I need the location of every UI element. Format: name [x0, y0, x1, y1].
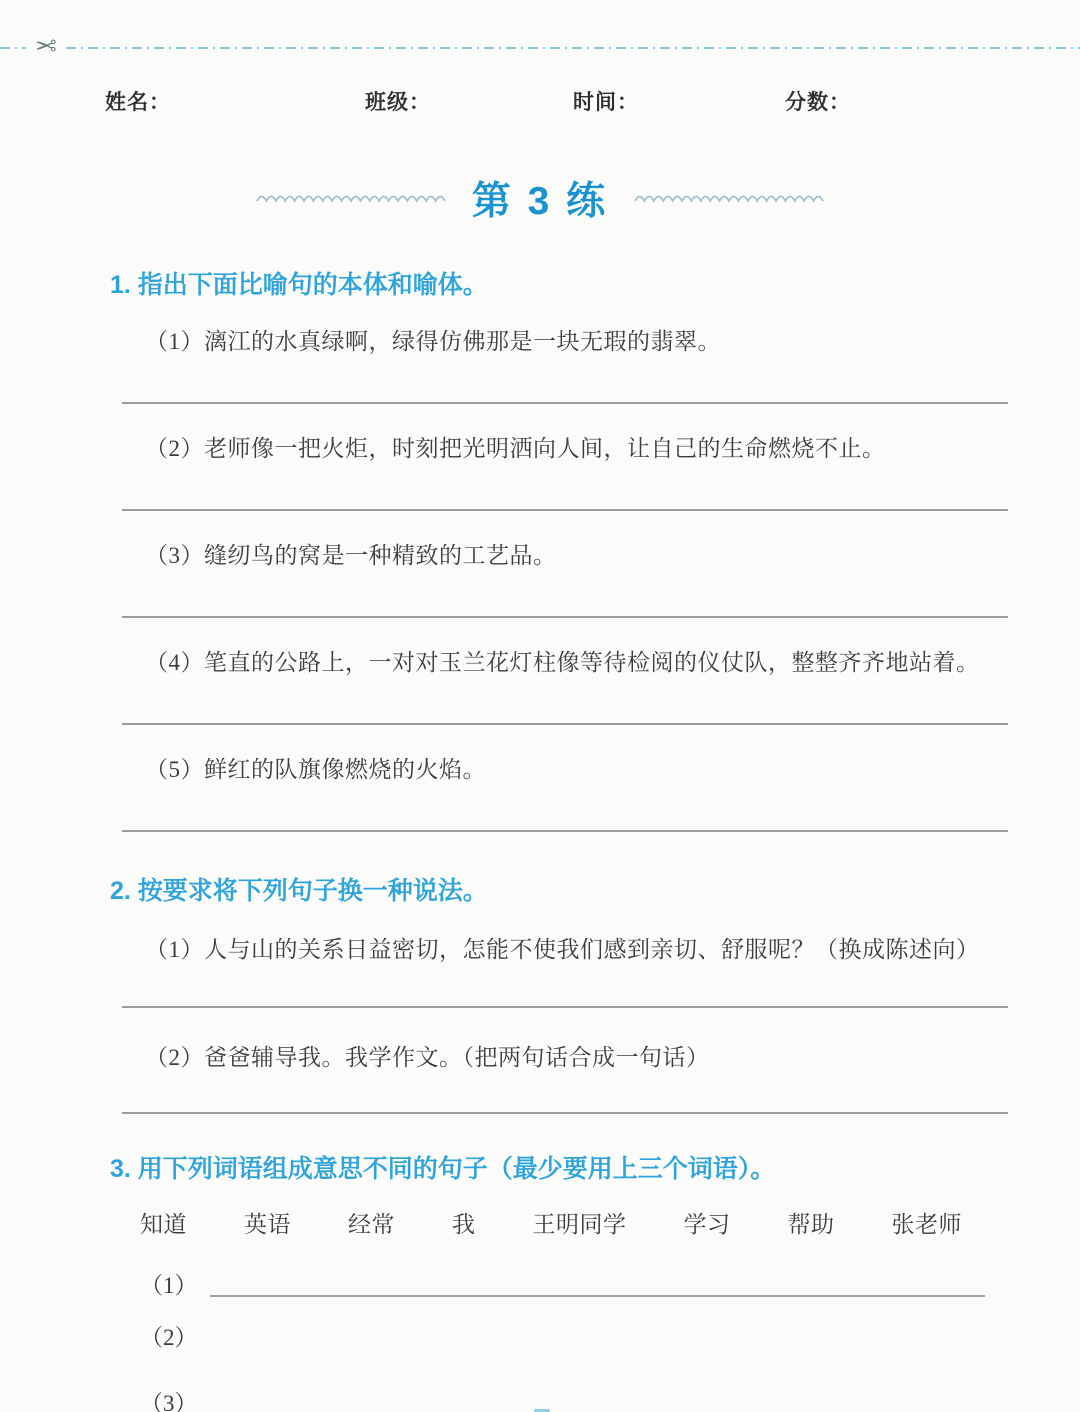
- answer-line: [122, 1006, 1008, 1008]
- header-row: 姓名： 班级： 时间： 分数：: [0, 86, 1080, 116]
- class-field-label: 班级：: [365, 86, 431, 116]
- word-bank: 知道 英语 经常 我 王明同学 学习 帮助 张老师: [140, 1206, 962, 1238]
- wave-decoration-left: [256, 192, 446, 204]
- word-bank-item: 英语: [244, 1206, 291, 1239]
- section-2-item-2: （2）爸爸辅导我。我学作文。（把两句话合成一句话）: [145, 1042, 1020, 1074]
- section-1-item-3: （3）缝纫鸟的窝是一种精致的工艺品。: [145, 540, 1020, 572]
- section-1-heading: 1. 指出下面比喻句的本体和喻体。: [110, 270, 1080, 300]
- section-3-heading: 3. 用下列词语组成意思不同的句子（最少要用上三个词语）。: [110, 1154, 1080, 1184]
- title-row: 第 3 练: [0, 172, 1080, 224]
- blank-row-2: （2）: [140, 1320, 985, 1354]
- answer-line: [122, 1112, 1008, 1114]
- section-2-item-1: （1）人与山的关系日益密切，怎能不使我们感到亲切、舒服呢？（换成陈述向）: [145, 934, 1020, 966]
- name-field-label: 姓名：: [105, 86, 171, 116]
- section-1-item-4: （4）笔直的公路上，一对对玉兰花灯柱像等待检阅的仪仗队，整整齐齐地站着。: [145, 647, 1020, 679]
- scissors-icon: ✂: [26, 31, 66, 63]
- word-bank-item: 学习: [684, 1206, 731, 1239]
- answer-line: [122, 830, 1008, 832]
- word-bank-item: 王明同学: [533, 1206, 627, 1239]
- page-title: 第 3 练: [472, 170, 608, 226]
- word-bank-item: 知道: [140, 1206, 187, 1239]
- worksheet-page: ✂ 姓名： 班级： 时间： 分数： 第 3 练 1. 指出下面比喻句的本体和喻体…: [0, 0, 1080, 1412]
- blank-row-1: （1）: [140, 1268, 985, 1302]
- section-1-item-5: （5）鲜红的队旗像燃烧的火焰。: [145, 754, 1020, 786]
- answer-line: [122, 402, 1008, 404]
- cut-line: [0, 47, 1080, 49]
- section-1-item-2: （2）老师像一把火炬，时刻把光明洒向人间，让自己的生命燃烧不止。: [145, 433, 1020, 465]
- word-bank-item: 张老师: [892, 1206, 963, 1239]
- section-1-item-1: （1）漓江的水真绿啊，绿得仿佛那是一块无瑕的翡翠。: [145, 326, 1020, 358]
- blank-label: （2）: [140, 1322, 198, 1354]
- time-field-label: 时间：: [573, 86, 639, 116]
- word-bank-item: 我: [452, 1206, 476, 1239]
- blank-label: （3）: [140, 1388, 198, 1412]
- answer-line: [122, 723, 1008, 725]
- word-bank-item: 帮助: [788, 1206, 835, 1239]
- answer-line: [122, 616, 1008, 618]
- section-2-heading: 2. 按要求将下列句子换一种说法。: [110, 876, 1080, 906]
- blank-row-3: （3）: [140, 1386, 985, 1412]
- answer-line: [122, 509, 1008, 511]
- word-bank-item: 经常: [348, 1206, 395, 1239]
- wave-decoration-right: [634, 192, 824, 204]
- answer-line: [210, 1295, 986, 1297]
- score-field-label: 分数：: [785, 86, 851, 116]
- blank-label: （1）: [140, 1270, 198, 1302]
